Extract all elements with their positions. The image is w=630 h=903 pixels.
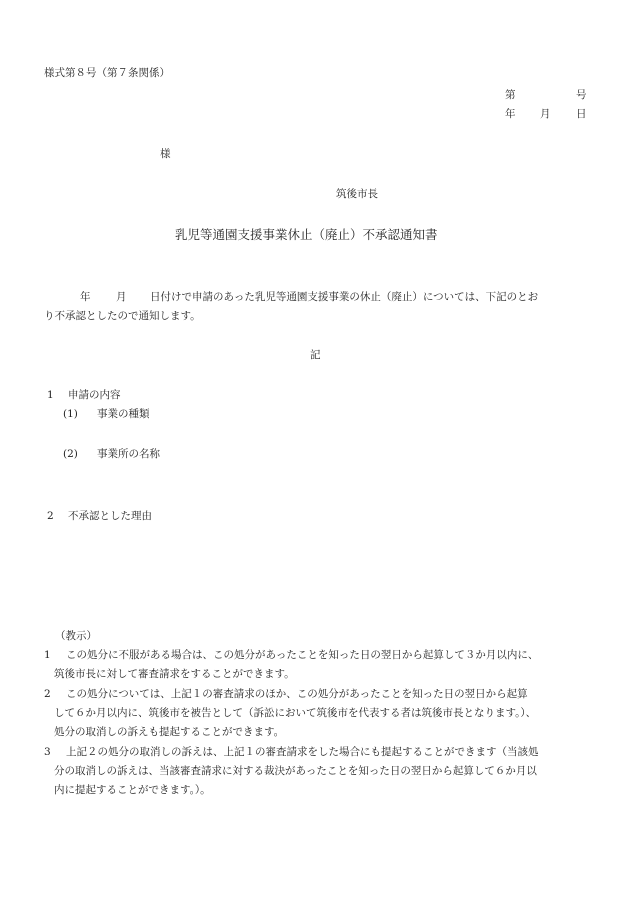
section-2-number: 2 bbox=[47, 508, 54, 524]
body-month: 月 bbox=[116, 289, 127, 305]
date-day: 日 bbox=[576, 106, 587, 122]
date-month: 月 bbox=[540, 106, 551, 122]
sender: 筑後市長 bbox=[336, 186, 378, 202]
section-1-item-2-label: 事業所の名称 bbox=[97, 446, 160, 462]
notice-item-line: 筑後市長に対して審査請求をすることができます。 bbox=[54, 666, 295, 682]
notice-item-line: 分の取消しの訴えは、当該審査請求に対する裁決があったことを知った日の翌日から起算… bbox=[54, 763, 537, 779]
section-1-item-1-label: 事業の種類 bbox=[97, 406, 150, 422]
addressee-suffix: 様 bbox=[160, 146, 171, 162]
notice-item-number: 3 bbox=[44, 744, 51, 760]
section-1-number: 1 bbox=[47, 387, 54, 403]
section-2-label: 不承認とした理由 bbox=[68, 508, 152, 524]
section-1-item-2-number: (2) bbox=[63, 446, 78, 462]
notice-item-line: 上記２の処分の取消しの訴えは、上記１の審査請求をした場合にも提起することができま… bbox=[66, 744, 539, 760]
body-line-2: り不承認としたので通知します。 bbox=[44, 308, 201, 324]
section-1-label: 申請の内容 bbox=[68, 387, 121, 403]
notice-item-line: して６か月以内に、筑後市を被告として（訴訟において筑後市を代表する者は筑後市長と… bbox=[54, 705, 536, 721]
notice-heading: （教示） bbox=[55, 628, 97, 644]
doc-number-suffix: 号 bbox=[576, 87, 587, 103]
date-year: 年 bbox=[505, 106, 516, 122]
ki-heading: 記 bbox=[310, 347, 321, 363]
doc-number-prefix: 第 bbox=[505, 87, 516, 103]
notice-item-line: この処分に不服がある場合は、この処分があったことを知った日の翌日から起算して３か… bbox=[66, 647, 538, 663]
notice-item-line: 内に提起することができます。）。 bbox=[54, 782, 211, 798]
section-1-item-1-number: (1) bbox=[63, 406, 78, 422]
body-line-1: 日付けで申請のあった乳児等通園支援事業の休止（廃止）については、下記のとお bbox=[150, 289, 538, 305]
notice-item-line: この処分については、上記１の審査請求のほか、この処分があったことを知った日の翌日… bbox=[66, 686, 528, 702]
body-year: 年 bbox=[80, 289, 91, 305]
notice-item-number: 1 bbox=[44, 647, 51, 663]
notice-item-line: 処分の取消しの訴えも提起することができます。 bbox=[54, 724, 284, 740]
page-title: 乳児等通園支援事業休止（廃止）不承認通知書 bbox=[175, 227, 438, 243]
notice-item-number: 2 bbox=[44, 686, 51, 702]
form-label: 様式第８号（第７条関係） bbox=[44, 65, 170, 81]
